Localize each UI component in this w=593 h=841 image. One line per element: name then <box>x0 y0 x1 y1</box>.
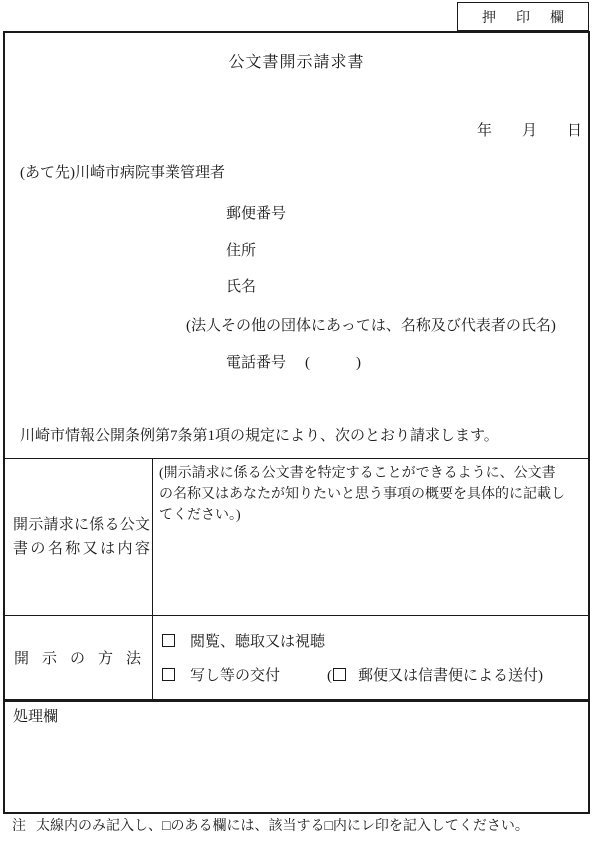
footnote-marker: 注 <box>12 819 26 834</box>
date-day-label: 日 <box>567 123 582 139</box>
document-note-line: (開示請求に係る公文書を特定することができるように、公文書 <box>159 463 582 484</box>
method-option-mail-label: 郵便又は信書便による送付 <box>358 668 538 684</box>
checkbox-copy[interactable] <box>162 668 175 681</box>
stamp-box: 押印欄 <box>457 2 589 31</box>
method-options-cell: 閲覧、聴取又は視聴 写し等の交付(郵便又は信書便による送付) <box>153 616 588 699</box>
document-note-line: てください。) <box>159 505 582 526</box>
checkbox-mail[interactable] <box>333 668 346 681</box>
phone-paren-close: ) <box>356 355 361 371</box>
method-option-copy: 写し等の交付(郵便又は信書便による送付) <box>162 664 588 685</box>
footnote-text: 太線内のみ記入し、□のある欄には、該当する□内にレ印を記入してください。 <box>36 819 529 834</box>
form-title: 公文書開示請求書 <box>5 53 588 73</box>
method-label-cell: 開示の方法 <box>5 616 153 699</box>
method-option-viewing: 閲覧、聴取又は視聴 <box>162 630 588 651</box>
form-main-box: 公文書開示請求書 年月日 (あて先)川崎市病院事業管理者 郵便番号 住所 氏名 … <box>3 31 590 814</box>
mail-paren-open: ( <box>327 668 332 684</box>
method-option-copy-label: 写し等の交付 <box>190 668 280 684</box>
document-name-input-cell[interactable]: (開示請求に係る公文書を特定することができるように、公文書 の名称又はあなたが知… <box>153 459 588 616</box>
processing-section-label: 処理欄 <box>13 707 58 727</box>
footnote: 注太線内のみ記入し、□のある欄には、該当する□内にレ印を記入してください。 <box>12 818 529 836</box>
phone-label: 電話番号 <box>226 355 286 371</box>
name-label: 氏名 <box>226 277 256 297</box>
method-option-mail: (郵便又は信書便による送付) <box>327 668 543 684</box>
method-label: 開示の方法 <box>14 647 141 668</box>
mail-paren-close: ) <box>538 668 543 684</box>
document-note-line: の名称又はあなたが知りたいと思う事項の概要を具体的に記載し <box>159 484 582 505</box>
postal-code-label: 郵便番号 <box>226 204 286 224</box>
request-table: 開示請求に係る公文書の名称又は内容 (開示請求に係る公文書を特定することができる… <box>5 458 588 702</box>
disclosure-request-form: 押印欄 公文書開示請求書 年月日 (あて先)川崎市病院事業管理者 郵便番号 住所… <box>0 0 593 841</box>
document-name-label: 開示請求に係る公文書の名称又は内容 <box>13 513 150 561</box>
corporate-note: (法人その他の団体にあっては、名称及び代表者の氏名) <box>186 316 556 336</box>
date-month-label: 月 <box>522 123 537 139</box>
legal-statement: 川崎市情報公開条例第7条第1項の規定により、次のとおり請求します。 <box>20 426 499 446</box>
phone-paren-open: ( <box>305 355 310 371</box>
address-label: 住所 <box>226 241 256 261</box>
stamp-box-label: 押印欄 <box>482 7 584 27</box>
document-name-label-cell: 開示請求に係る公文書の名称又は内容 <box>5 459 153 616</box>
checkbox-viewing[interactable] <box>162 634 175 647</box>
phone-line: 電話番号() <box>226 353 361 373</box>
date-line: 年月日 <box>477 121 582 141</box>
addressee-line: (あて先)川崎市病院事業管理者 <box>20 163 225 183</box>
method-option-viewing-label: 閲覧、聴取又は視聴 <box>190 634 325 650</box>
date-year-label: 年 <box>477 123 492 139</box>
